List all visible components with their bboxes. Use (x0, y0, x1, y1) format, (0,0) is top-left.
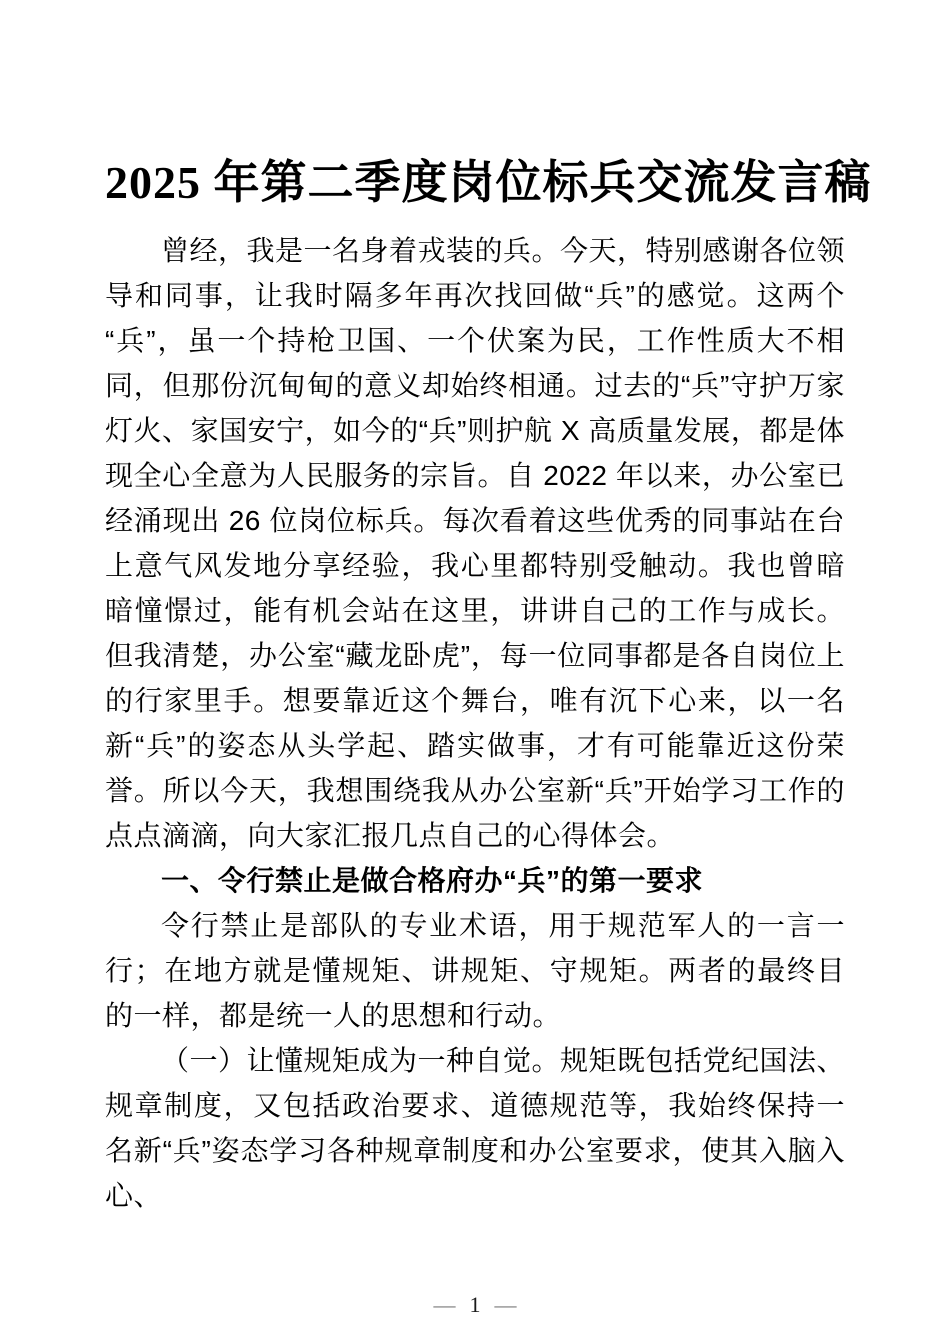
paragraph: （一）让懂规矩成为一种自觉。规矩既包括党纪国法、规章制度，又包括政治要求、道德规… (105, 1038, 845, 1218)
footer-left-dash: — (420, 1292, 470, 1317)
document-body: 曾经，我是一名身着戎装的兵。今天，特别感谢各位领导和同事，让我时隔多年再次找回做… (105, 228, 845, 1218)
page-number: 1 (470, 1292, 481, 1317)
section-heading: 一、令行禁止是做合格府办“兵”的第一要求 (105, 858, 845, 903)
page-footer: —1— (0, 1292, 950, 1318)
paragraph: 曾经，我是一名身着戎装的兵。今天，特别感谢各位领导和同事，让我时隔多年再次找回做… (105, 228, 845, 858)
document-page: 2025 年第二季度岗位标兵交流发言稿 曾经，我是一名身着戎装的兵。今天，特别感… (0, 0, 950, 1344)
paragraph: 令行禁止是部队的专业术语，用于规范军人的一言一行；在地方就是懂规矩、讲规矩、守规… (105, 903, 845, 1038)
footer-right-dash: — (481, 1292, 531, 1317)
document-title: 2025 年第二季度岗位标兵交流发言稿 (105, 152, 845, 214)
